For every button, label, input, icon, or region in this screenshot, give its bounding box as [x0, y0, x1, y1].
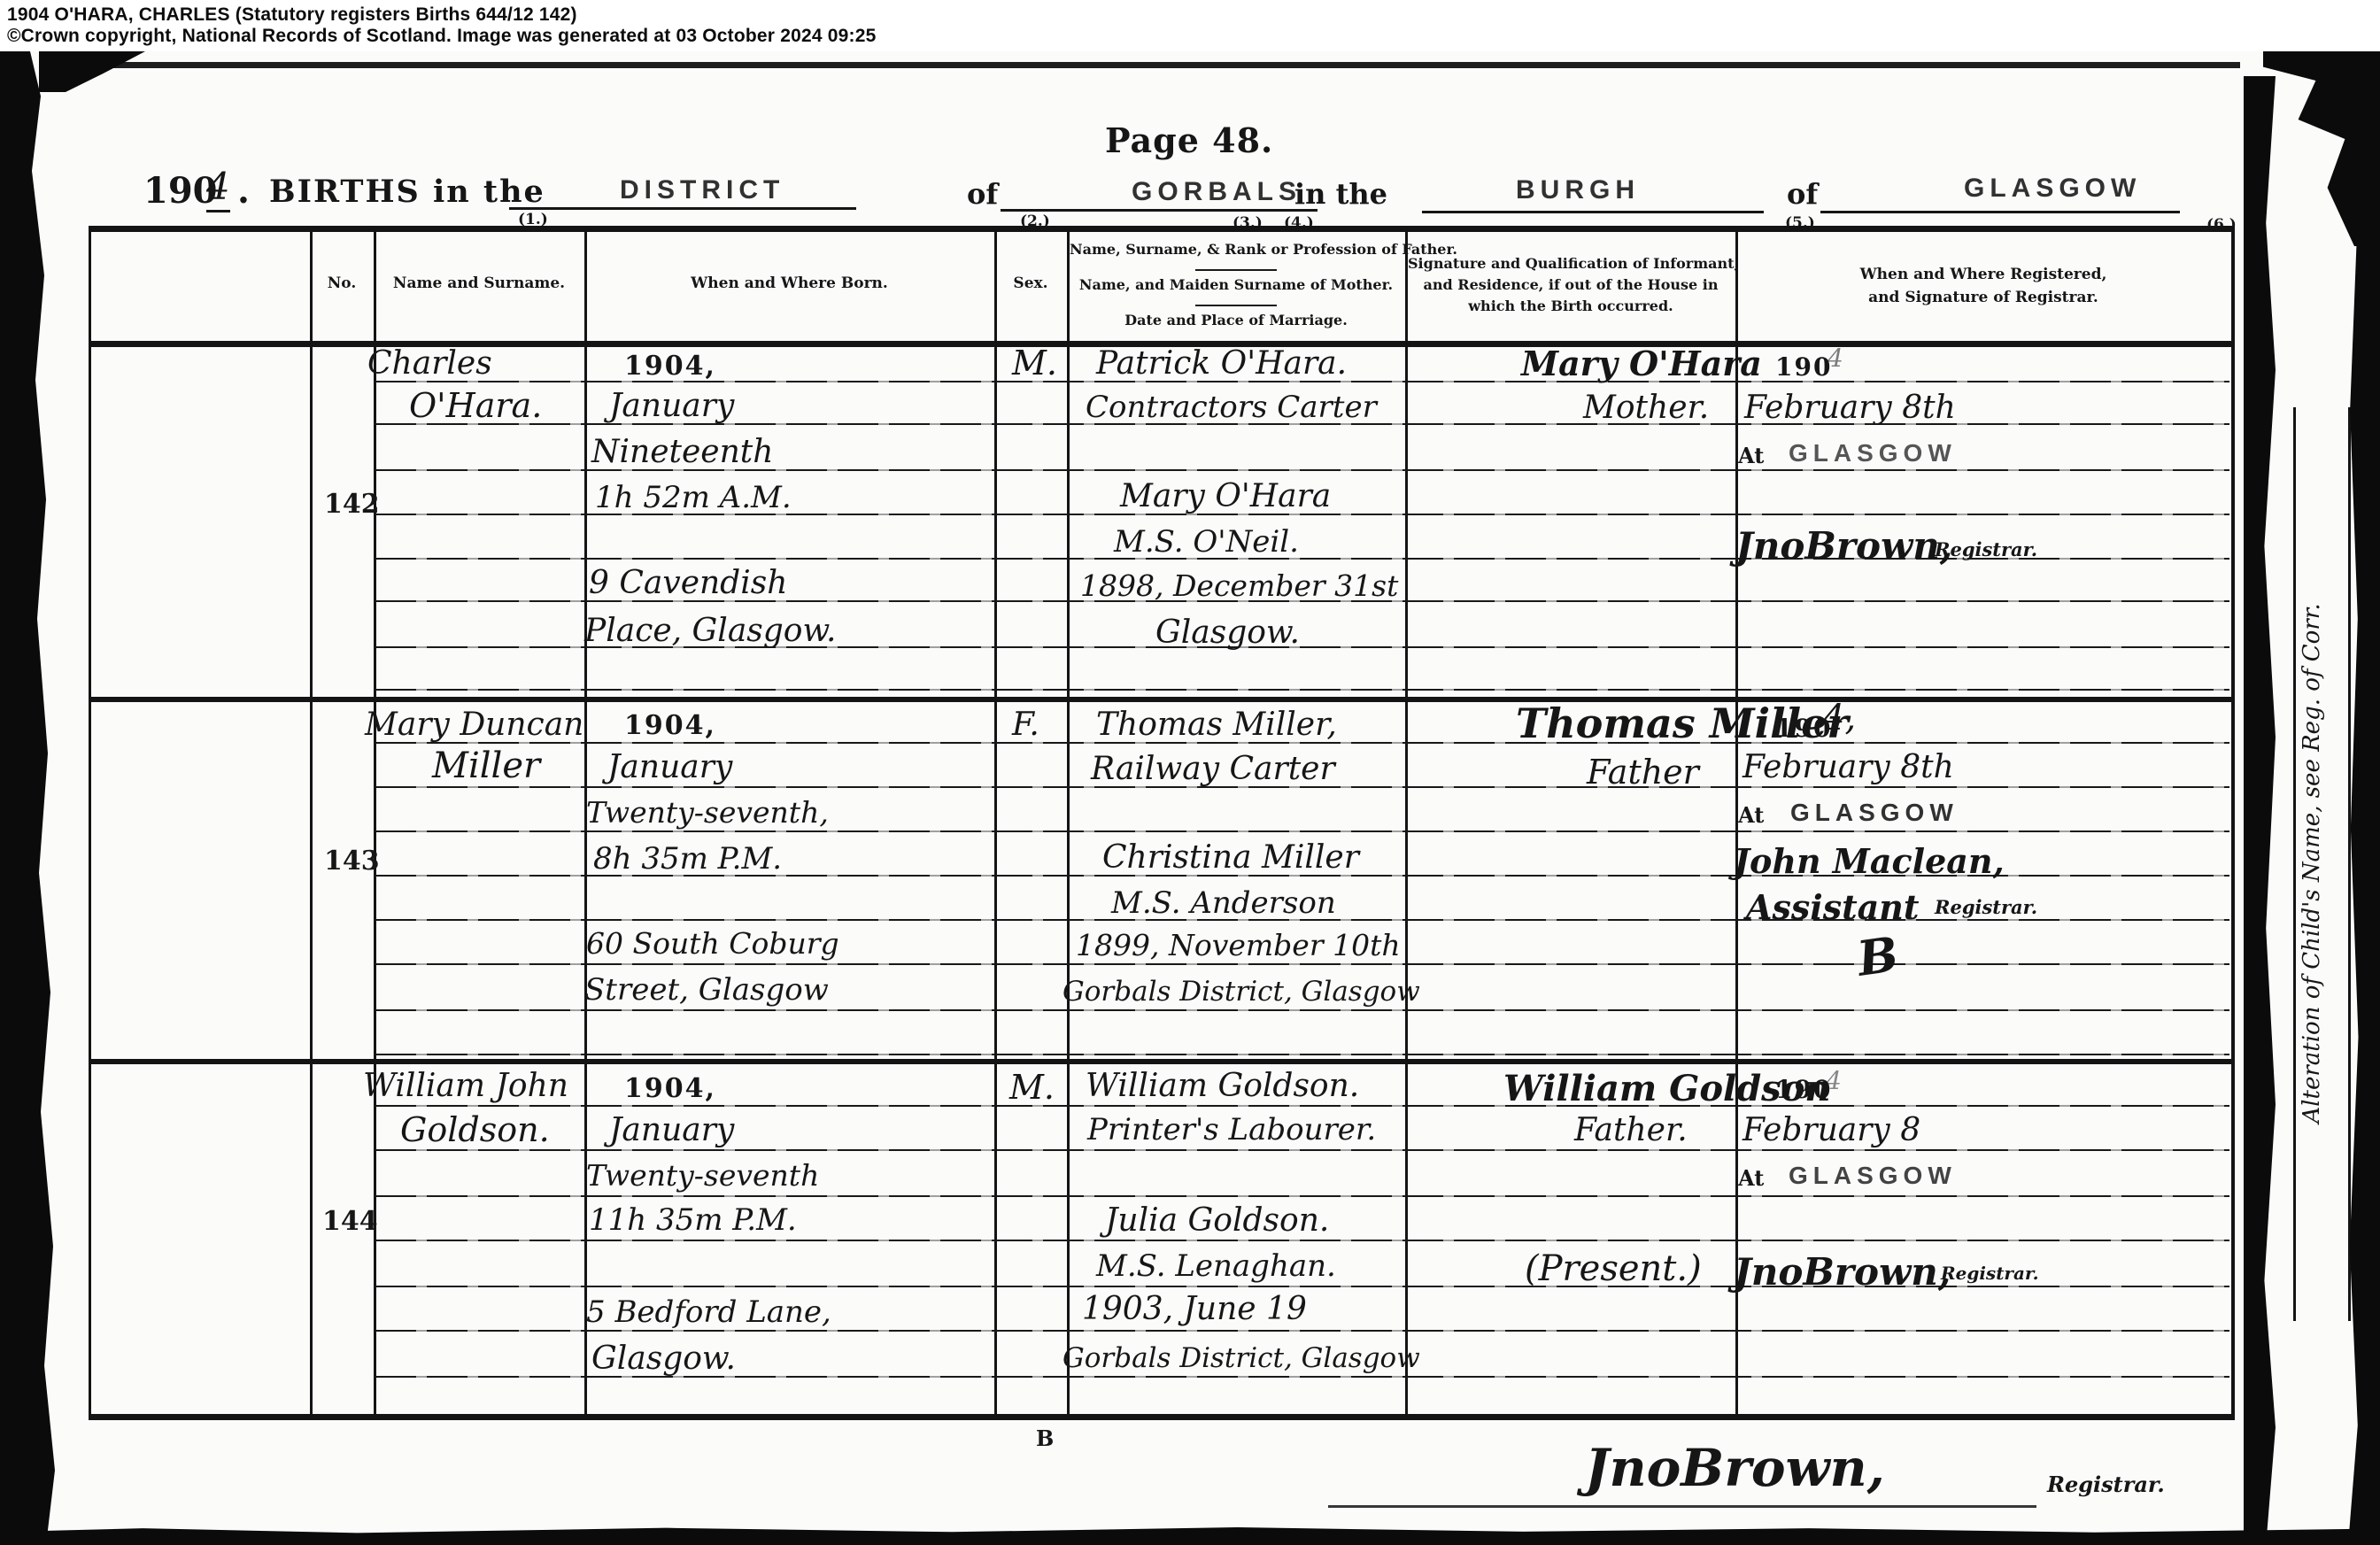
born-time: 1h 52m A.M.	[595, 480, 792, 515]
header-name: Name and Surname.	[374, 274, 584, 292]
title-burgh-name: GLASGOW	[1964, 174, 2141, 204]
title-births-in-the: BIRTHS in the	[269, 174, 545, 210]
marriage-place: Gorbals District, Glasgow	[1062, 1342, 1420, 1374]
sex-value: M.	[1009, 1068, 1055, 1107]
born-address-1: 9 Cavendish	[589, 565, 787, 601]
header-mini-rule-1	[1195, 269, 1277, 271]
father-name: William Goldson.	[1086, 1068, 1359, 1104]
registrar-label: Registrar.	[1935, 896, 2037, 918]
born-address-1: 5 Bedford Lane,	[586, 1294, 831, 1330]
table-right-border	[2231, 226, 2235, 1420]
blank-line-glasgow	[1820, 211, 2180, 213]
header-informant-line3: which the Birth occurred.	[1408, 297, 1734, 314]
child-forename: Mary Duncan	[365, 707, 583, 743]
scan-corner-top-left	[39, 51, 145, 92]
sex-value: F.	[1012, 707, 1039, 743]
mother-name: Mary O'Hara	[1120, 478, 1331, 514]
born-time: 11h 35m P.M.	[589, 1202, 797, 1238]
mother-maiden: M.S. Anderson	[1111, 885, 1336, 921]
entry-number: 143	[324, 846, 380, 877]
header-informant-line1: Signature and Qualification of Informant…	[1408, 255, 1734, 272]
marriage-date: 1903, June 19	[1082, 1291, 1307, 1327]
footer-signature-line	[1328, 1505, 2036, 1508]
sex-value: M.	[1012, 344, 1057, 382]
reg-year-handwritten: 4	[1827, 344, 1843, 373]
informant-qualification: Father.	[1574, 1112, 1688, 1148]
marriage-place: Glasgow.	[1155, 614, 1300, 651]
table-top-border	[89, 226, 2235, 232]
marriage-date: 1898, December 31st	[1080, 568, 1398, 603]
born-address-2: Street, Glasgow	[584, 972, 829, 1008]
row-separator-1	[89, 697, 2235, 702]
header-registered-line2: and Signature of Registrar.	[1735, 289, 2231, 306]
table-bottom-border	[89, 1414, 2235, 1420]
reg-year-printed: 190	[1775, 1075, 1832, 1104]
reg-place-stamp: GLASGOW	[1789, 1162, 1957, 1190]
born-day: Twenty-seventh,	[586, 795, 829, 830]
child-surname: O'Hara.	[409, 386, 542, 425]
register-scan: Page 48. 190 4 . BIRTHS in the DISTRICT …	[0, 51, 2380, 1545]
header-registered-line1: When and Where Registered,	[1735, 266, 2231, 283]
born-day: Twenty-seventh	[586, 1158, 819, 1193]
father-occupation: Printer's Labourer.	[1087, 1112, 1376, 1147]
header-informant-line2: and Residence, if out of the House in	[1408, 276, 1734, 293]
born-address-1: 60 South Coburg	[586, 926, 839, 961]
reg-date: February 8	[1742, 1112, 1920, 1148]
header-father-line2: Name, and Maiden Surname of Mother.	[1070, 276, 1402, 293]
reg-date: February 8th	[1742, 749, 1954, 785]
scan-corner-top-right	[2263, 51, 2380, 246]
born-address-2: Place, Glasgow.	[584, 613, 836, 649]
header-mini-rule-2	[1195, 305, 1277, 306]
entry-number: 144	[322, 1206, 378, 1237]
reg-year-printed: 190	[1775, 352, 1832, 382]
registrar-flourish: B	[1854, 925, 1902, 987]
scan-edge-right	[2348, 51, 2380, 1545]
registrar-label: Registrar.	[1935, 538, 2037, 560]
born-day: Nineteenth	[591, 434, 773, 470]
born-year: 1904,	[624, 1073, 716, 1104]
reg-year-handwritten: 4,	[1822, 698, 1856, 738]
informant-present-note: (Present.)	[1525, 1248, 1702, 1289]
col-line-margin	[310, 226, 313, 1420]
born-year: 1904,	[624, 710, 716, 741]
reg-at-label: At	[1738, 443, 1764, 468]
scan-edge-left	[0, 51, 62, 1545]
born-address-2: Glasgow.	[591, 1340, 736, 1377]
footer-registrar-signature: JnoBrown,	[1585, 1438, 1885, 1498]
title-period: .	[237, 170, 250, 212]
mother-maiden: M.S. Lenaghan.	[1096, 1248, 1336, 1284]
row-separator-2	[89, 1059, 2235, 1064]
born-month: January	[609, 388, 734, 424]
blank-line-burgh	[1422, 211, 1764, 213]
header-father-line1: Name, Surname, & Rank or Profession of F…	[1070, 241, 1402, 258]
reg-place-stamp: GLASGOW	[1790, 799, 1959, 827]
header-no: No.	[310, 274, 374, 292]
born-month: January	[609, 1112, 734, 1148]
copyright-line: ©Crown copyright, National Records of Sc…	[7, 26, 876, 47]
title-in-the: in the	[1294, 177, 1387, 211]
entry-number: 142	[324, 489, 380, 520]
title-year-handwritten: 4	[206, 165, 230, 212]
mother-name: Julia Goldson.	[1105, 1202, 1329, 1239]
informant-qualification: Mother.	[1583, 390, 1709, 426]
registrar-signature: JnoBrown,	[1734, 1250, 1951, 1294]
child-forename: Charles	[367, 345, 492, 382]
margin-note-border-left	[2293, 407, 2296, 1321]
child-surname: Goldson.	[400, 1110, 550, 1149]
father-occupation: Railway Carter	[1091, 751, 1335, 787]
marriage-place: Gorbals District, Glasgow	[1062, 976, 1420, 1008]
registrar-signature-line2: Assistant	[1746, 887, 1919, 927]
born-time: 8h 35m P.M.	[593, 841, 782, 877]
reg-at-label: At	[1738, 802, 1764, 828]
title-burgh-word: BURGH	[1516, 175, 1640, 205]
header-sex: Sex.	[994, 274, 1067, 292]
record-title: 1904 O'HARA, CHARLES (Statutory register…	[7, 4, 577, 26]
mother-maiden: M.S. O'Neil.	[1114, 524, 1299, 560]
title-district-name: GORBALS	[1132, 177, 1302, 207]
registrar-signature: JnoBrown,	[1735, 524, 1952, 568]
title-of-1: of	[967, 177, 998, 211]
father-name: Patrick O'Hara.	[1096, 345, 1347, 382]
blank-line-gorbals	[1001, 209, 1317, 212]
header-father-line3: Date and Place of Marriage.	[1070, 312, 1402, 328]
blank-line-district	[509, 207, 856, 210]
reg-date: February 8th	[1744, 390, 1956, 426]
registrar-signature: John Maclean,	[1734, 841, 2005, 881]
scan-binding-strip	[2244, 76, 2276, 1545]
reg-place-stamp: GLASGOW	[1789, 439, 1957, 467]
page-number: Page 48.	[1105, 120, 1273, 160]
marriage-date: 1899, November 10th	[1076, 928, 1401, 962]
page-signature-letter: B	[1036, 1425, 1054, 1451]
title-district-word: DISTRICT	[620, 175, 784, 205]
reg-at-label: At	[1738, 1165, 1764, 1191]
title-of-2: of	[1787, 177, 1818, 211]
footer-registrar-label: Registrar.	[2047, 1472, 2165, 1497]
mother-name: Christina Miller	[1102, 839, 1359, 876]
child-forename: William John	[363, 1068, 568, 1104]
father-occupation: Contractors Carter	[1086, 390, 1377, 425]
born-month: January	[607, 749, 732, 785]
header-born: When and Where Born.	[584, 274, 994, 292]
scan-edge-top-line	[39, 62, 2240, 68]
reg-year-handwritten: 4	[1826, 1066, 1842, 1095]
informant-signature: Mary O'Hara	[1521, 344, 1762, 383]
child-surname: Miller	[432, 745, 540, 786]
father-name: Thomas Miller,	[1096, 707, 1337, 743]
born-year: 1904,	[624, 351, 716, 382]
registrar-label: Registrar.	[1941, 1263, 2039, 1284]
records-viewer-screenshot: 1904 O'HARA, CHARLES (Statutory register…	[0, 0, 2380, 1545]
table-left-border	[89, 226, 91, 1420]
margin-note: Alteration of Child's Name, see Reg. of …	[2299, 407, 2350, 1319]
scan-edge-bottom	[0, 1526, 2380, 1545]
informant-qualification: Father	[1587, 753, 1699, 792]
